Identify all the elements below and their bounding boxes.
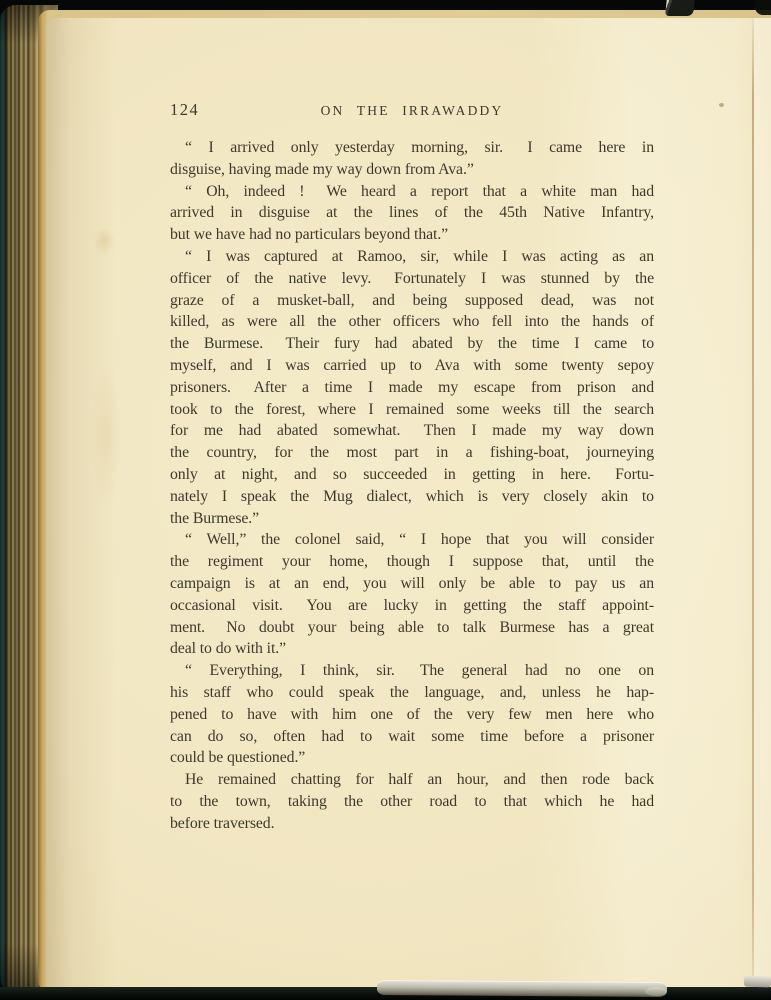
- text-line: could be questioned.”: [170, 747, 654, 769]
- text-line: graze of a musket-ball, and being suppos…: [170, 290, 654, 312]
- text-line: ment. No doubt your being able to talk B…: [170, 617, 654, 639]
- text-line: but we have had no particulars beyond th…: [170, 224, 654, 246]
- paragraph: “ I arrived only yesterday morning, sir.…: [170, 137, 654, 181]
- book-cradle-strip: [377, 980, 667, 997]
- book-scan: 124 ON THE IRRAWADDY “ I arrived only ye…: [0, 0, 771, 1000]
- text-line: arrived in disguise at the lines of the …: [170, 202, 654, 224]
- text-line: the regiment your home, though I suppose…: [170, 551, 654, 573]
- text-line: deal to do with it.”: [170, 638, 654, 660]
- paragraph: “ Well,” the colonel said, “ I hope that…: [170, 529, 654, 660]
- printed-text: 124 ON THE IRRAWADDY “ I arrived only ye…: [170, 100, 654, 835]
- text-line: the Burmese. Their fury had abated by th…: [170, 333, 654, 355]
- text-line: for me had abated somewhat. Then I made …: [170, 420, 654, 442]
- text-line: occasional visit. You are lucky in getti…: [170, 595, 654, 617]
- text-line: He remained chatting for half an hour, a…: [170, 769, 654, 791]
- text-line: his staff who could speak the language, …: [170, 682, 654, 704]
- book-clamp: [665, 0, 695, 16]
- page-header: 124 ON THE IRRAWADDY: [170, 100, 654, 120]
- text-line: the country, for the most part in a fish…: [170, 442, 654, 464]
- running-title: ON THE IRRAWADDY: [170, 103, 654, 119]
- text-line: killed, as were all the other officers w…: [170, 311, 654, 333]
- text-line: “ Everything, I think, sir. The general …: [170, 660, 654, 682]
- background-corner: [755, 0, 771, 15]
- text-line: officer of the native levy. Fortunately …: [170, 268, 654, 290]
- text-line: “ I arrived only yesterday morning, sir.…: [170, 137, 654, 159]
- paper-stain: [90, 360, 122, 510]
- paragraph: “ Oh, indeed ! We heard a report that a …: [170, 181, 654, 246]
- paragraph: “ I was captured at Ramoo, sir, while I …: [170, 246, 654, 529]
- paragraph: “ Everything, I think, sir. The general …: [170, 660, 654, 769]
- text-line: only at night, and so succeeded in getti…: [170, 464, 654, 486]
- text-line: “ Well,” the colonel said, “ I hope that…: [170, 529, 654, 551]
- text-line: took to the forest, where I remained som…: [170, 399, 654, 421]
- text-line: “ I was captured at Ramoo, sir, while I …: [170, 246, 654, 268]
- text-line: disguise, having made my way down from A…: [170, 159, 654, 181]
- adjacent-page-edge: [754, 18, 771, 987]
- text-line: to the town, taking the other road to th…: [170, 791, 654, 813]
- paragraph: He remained chatting for half an hour, a…: [170, 769, 654, 834]
- text-line: nately I speak the Mug dialect, which is…: [170, 486, 654, 508]
- text-line: prisoners. After a time I made my escape…: [170, 377, 654, 399]
- text-line: before traversed.: [170, 813, 654, 835]
- paper-stain: [93, 227, 115, 255]
- text-line: the Burmese.”: [170, 508, 654, 530]
- text-line: campaign is at an end, you will only be …: [170, 573, 654, 595]
- body-text: “ I arrived only yesterday morning, sir.…: [170, 137, 654, 835]
- text-line: “ Oh, indeed ! We heard a report that a …: [170, 181, 654, 203]
- text-line: myself, and I was carried up to Ava with…: [170, 355, 654, 377]
- book-cradle-detail: [645, 987, 667, 996]
- text-line: pened to have with him one of the very f…: [170, 704, 654, 726]
- paper-speck: [719, 103, 724, 107]
- book-cradle-detail: [744, 976, 771, 988]
- text-line: can do so, often had to wait some time b…: [170, 726, 654, 748]
